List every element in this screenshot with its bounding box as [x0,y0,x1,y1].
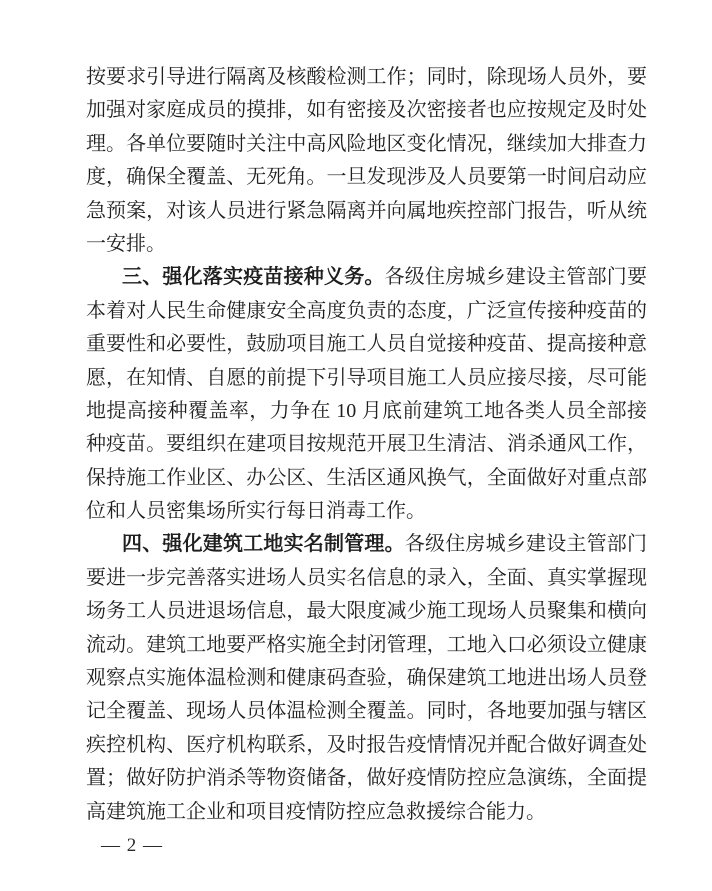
text-line: 位和人员密集场所实行每日消毒工作。 [86,495,647,528]
text-line: 按要求引导进行隔离及核酸检测工作；同时，除现场人员外，要 [86,61,647,94]
text-line: 愿，在知情、自愿的前提下引导项目施工人员应接尽接，尽可能 [86,362,647,395]
document-page: 按要求引导进行隔离及核酸检测工作；同时，除现场人员外，要加强对家庭成员的摸排，如… [0,0,712,891]
text-line: 理。各单位要随时关注中高风险地区变化情况，继续加大排查力 [86,128,647,161]
page-number: — 2 — [101,835,163,857]
text-line: 保持施工作业区、办公区、生活区通风换气，全面做好对重点部 [86,462,647,495]
text-line: 要进一步完善落实进场人员实名信息的录入，全面、真实掌握现 [86,562,647,595]
paragraph-text: 各级住房城乡建设主管部门 [405,533,647,555]
text-line: 重要性和必要性，鼓励项目施工人员自觉接种疫苗、提高接种意 [86,328,647,361]
document-body: 按要求引导进行隔离及核酸检测工作；同时，除现场人员外，要加强对家庭成员的摸排，如… [86,61,647,829]
paragraph-heading: 三、强化落实疫苗接种义务。 [122,266,385,288]
text-line: 急预案，对该人员进行紧急隔离并向属地疾控部门报告，听从统 [86,195,647,228]
text-line: 场务工人员进退场信息，最大限度减少施工现场人员聚集和横向 [86,595,647,628]
text-line: 一安排。 [86,228,647,261]
text-line: 三、强化落实疫苗接种义务。各级住房城乡建设主管部门要 [86,261,647,294]
text-line: 观察点实施体温检测和健康码查验，确保建筑工地进出场人员登 [86,662,647,695]
text-line: 四、强化建筑工地实名制管理。各级住房城乡建设主管部门 [86,528,647,561]
paragraph-heading: 四、强化建筑工地实名制管理。 [122,533,405,555]
text-line: 种疫苗。要组织在建项目按规范开展卫生清洁、消杀通风工作， [86,428,647,461]
text-line: 疾控机构、医疗机构联系，及时报告疫情情况并配合做好调查处 [86,729,647,762]
text-line: 度，确保全覆盖、无死角。一旦发现涉及人员要第一时间启动应 [86,161,647,194]
text-line: 地提高接种覆盖率，力争在 10 月底前建筑工地各类人员全部接 [86,395,647,428]
text-line: 加强对家庭成员的摸排，如有密接及次密接者也应按规定及时处 [86,94,647,127]
text-line: 本着对人民生命健康安全高度负责的态度，广泛宣传接种疫苗的 [86,295,647,328]
text-line: 记全覆盖、现场人员体温检测全覆盖。同时，各地要加强与辖区 [86,695,647,728]
text-line: 高建筑施工企业和项目疫情防控应急救援综合能力。 [86,796,647,829]
text-line: 置；做好防护消杀等物资储备，做好疫情防控应急演练，全面提 [86,762,647,795]
paragraph-text: 各级住房城乡建设主管部门要 [385,266,647,288]
text-line: 流动。建筑工地要严格实施全封闭管理，工地入口必须设立健康 [86,629,647,662]
